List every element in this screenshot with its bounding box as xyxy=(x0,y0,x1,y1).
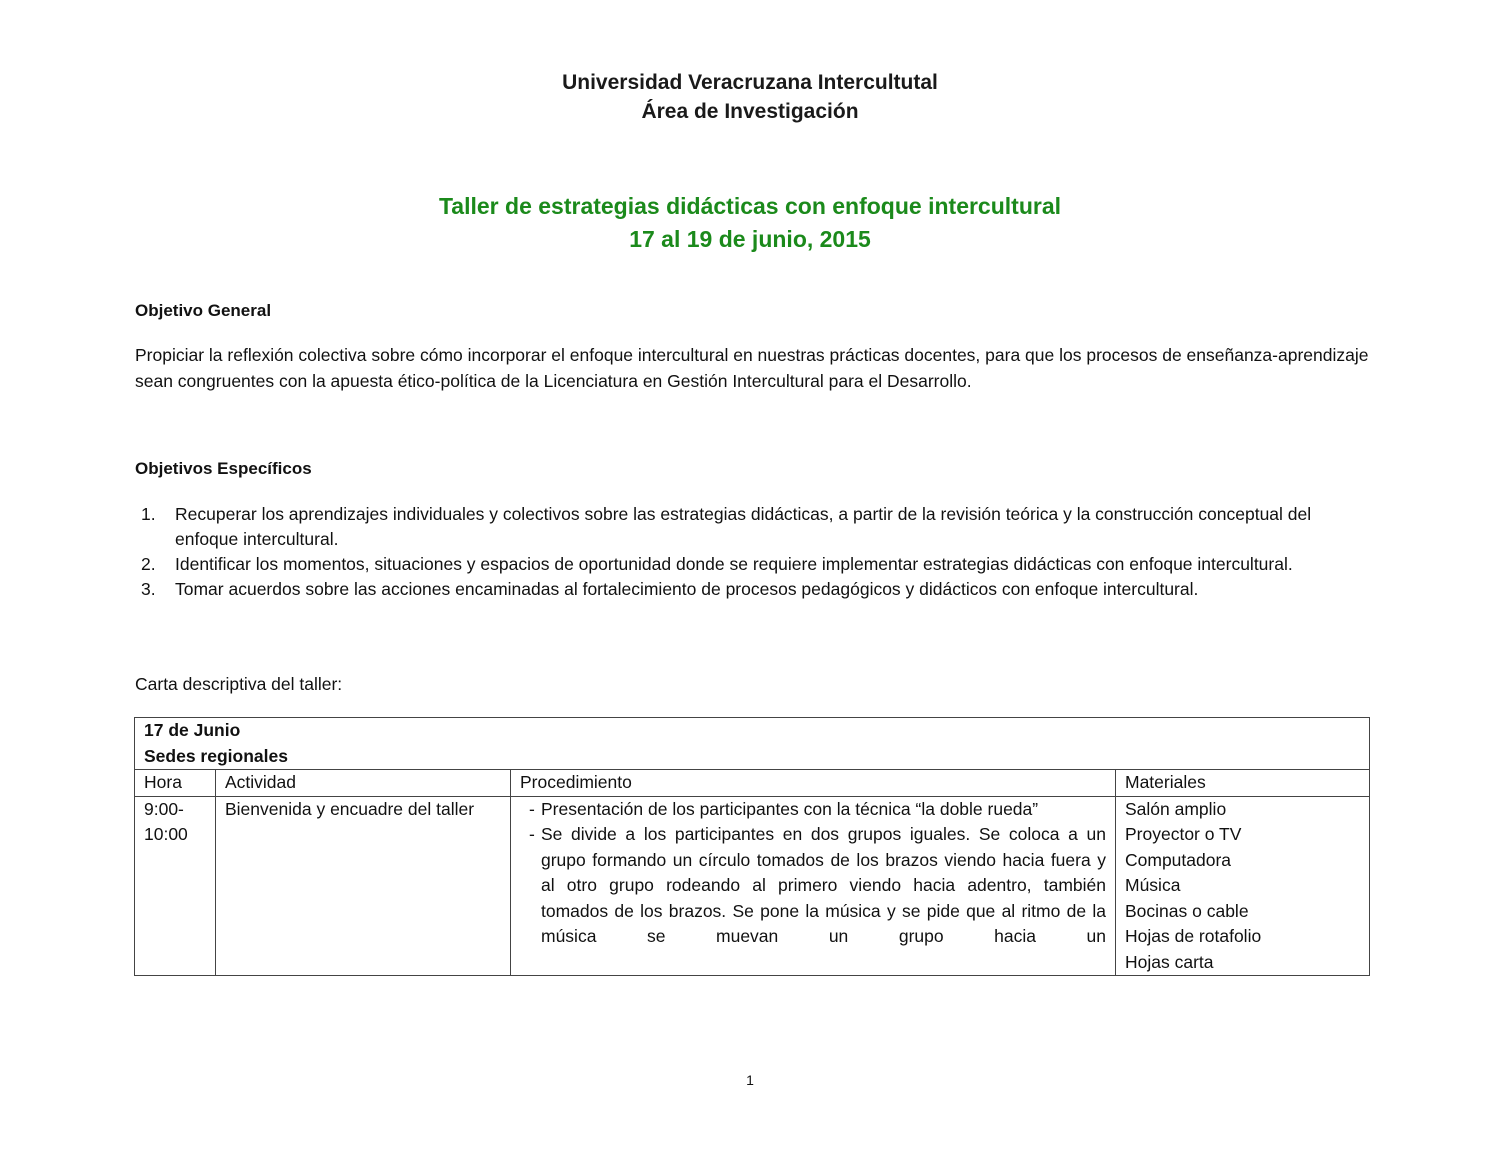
procedimiento-list: -Presentación de los participantes con l… xyxy=(511,797,1106,950)
workshop-title-block: Taller de estrategias didácticas con enf… xyxy=(0,190,1500,256)
table-header-row: Hora Actividad Procedimiento Materiales xyxy=(135,770,1370,797)
column-header-procedimiento: Procedimiento xyxy=(511,770,1116,797)
list-item: Bocinas o cable xyxy=(1125,899,1360,925)
carta-descriptiva-table: 17 de Junio Sedes regionales Hora Activi… xyxy=(134,717,1370,976)
list-item-number: 3. xyxy=(141,577,156,602)
objetivos-especificos-list: 1. Recuperar los aprendizajes individual… xyxy=(135,502,1375,602)
procedimiento-step: Se divide a los participantes en dos gru… xyxy=(541,824,1106,946)
list-item: 3. Tomar acuerdos sobre las acciones enc… xyxy=(135,577,1375,602)
column-header-hora: Hora xyxy=(135,770,216,797)
actividad-cell: Bienvenida y encuadre del taller xyxy=(216,796,511,976)
list-item: 1. Recuperar los aprendizajes individual… xyxy=(135,502,1375,552)
document-header: Universidad Veracruzana Intercultutal Ár… xyxy=(0,68,1500,126)
location-label: Sedes regionales xyxy=(144,744,1360,770)
carta-label: Carta descriptiva del taller: xyxy=(135,674,342,695)
day-cell: 17 de Junio Sedes regionales xyxy=(135,718,1370,770)
list-item-text: Identificar los momentos, situaciones y … xyxy=(175,554,1293,574)
column-header-materiales: Materiales xyxy=(1116,770,1370,797)
procedimiento-cell: -Presentación de los participantes con l… xyxy=(511,796,1116,976)
procedimiento-step: Presentación de los participantes con la… xyxy=(541,799,1038,819)
list-item-text: Recuperar los aprendizajes individuales … xyxy=(175,504,1311,549)
list-item: Salón amplio xyxy=(1125,797,1360,823)
materiales-list: Salón amplio Proyector o TV Computadora … xyxy=(1125,797,1360,976)
list-item: Hojas de rotafolio xyxy=(1125,924,1360,950)
area-name: Área de Investigación xyxy=(0,97,1500,126)
workshop-dates: 17 al 19 de junio, 2015 xyxy=(0,223,1500,256)
list-item-text: Tomar acuerdos sobre las acciones encami… xyxy=(175,579,1198,599)
table-row: 9:00-10:00 Bienvenida y encuadre del tal… xyxy=(135,796,1370,976)
materiales-cell: Salón amplio Proyector o TV Computadora … xyxy=(1116,796,1370,976)
hora-cell: 9:00-10:00 xyxy=(135,796,216,976)
objetivo-general-text: Propiciar la reflexión colectiva sobre c… xyxy=(135,342,1375,394)
list-item-number: 2. xyxy=(141,552,156,577)
list-item: -Se divide a los participantes en dos gr… xyxy=(511,822,1106,950)
list-item: -Presentación de los participantes con l… xyxy=(511,797,1106,823)
list-item: 2. Identificar los momentos, situaciones… xyxy=(135,552,1375,577)
list-item: Computadora xyxy=(1125,848,1360,874)
day-label: 17 de Junio xyxy=(144,718,1360,744)
column-header-actividad: Actividad xyxy=(216,770,511,797)
list-item: Hojas carta xyxy=(1125,950,1360,976)
objetivos-especificos-heading: Objetivos Específicos xyxy=(135,459,312,479)
institution-name: Universidad Veracruzana Intercultutal xyxy=(0,68,1500,97)
list-item-number: 1. xyxy=(141,502,156,527)
workshop-title: Taller de estrategias didácticas con enf… xyxy=(0,190,1500,223)
page-number: 1 xyxy=(0,1072,1500,1088)
objetivo-general-heading: Objetivo General xyxy=(135,301,271,321)
list-item: Música xyxy=(1125,873,1360,899)
table-day-row: 17 de Junio Sedes regionales xyxy=(135,718,1370,770)
list-item: Proyector o TV xyxy=(1125,822,1360,848)
